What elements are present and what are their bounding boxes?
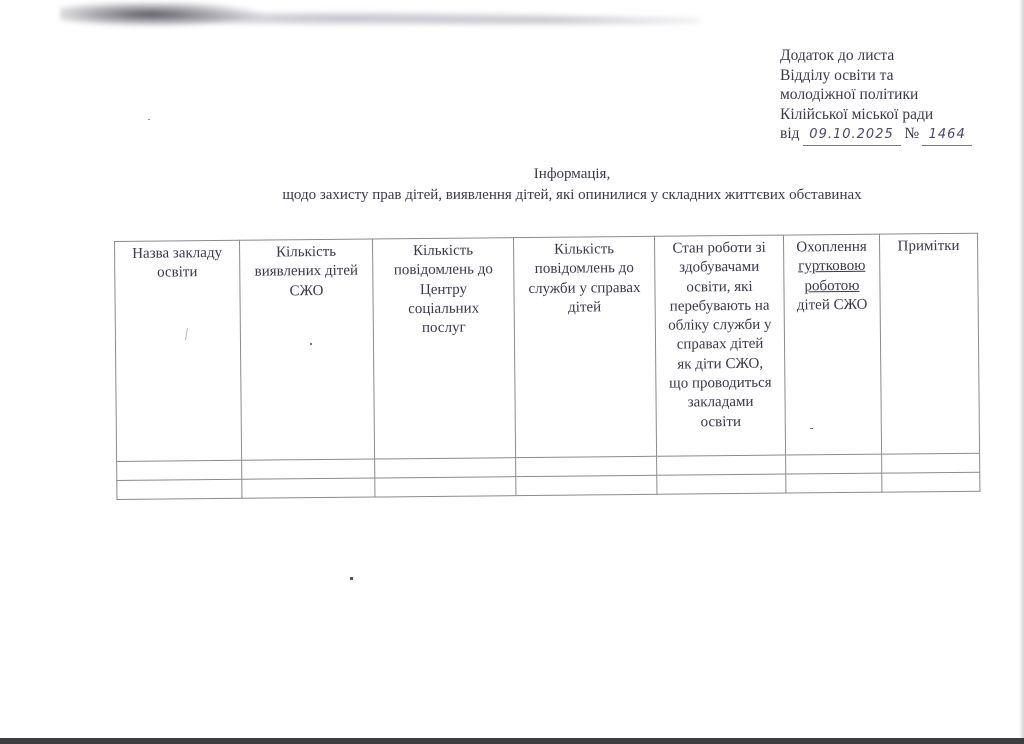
- page-edge-shadow: [1019, 0, 1024, 744]
- column-header-line: повідомлень до: [514, 259, 654, 280]
- table-cell[interactable]: [786, 454, 882, 474]
- column-header-line: Назва закладу: [115, 244, 239, 264]
- report-table-wrapper: Назва закладуосвітиКількістьвиявлених ді…: [114, 233, 980, 500]
- addendum-line: Відділу освіти та: [780, 66, 972, 86]
- table-cell[interactable]: [117, 479, 242, 499]
- title-heading: Інформація,: [0, 164, 1024, 184]
- column-header: Охопленнягуртковоюроботоюдітей СЖО: [783, 234, 881, 455]
- column-header-line: гуртковою: [784, 257, 879, 277]
- column-header: Кількістьповідомлень дослужби у справахд…: [513, 236, 656, 457]
- table-cell[interactable]: [786, 473, 882, 493]
- addendum-block: Додаток до листа Відділу освіти та молод…: [780, 46, 972, 146]
- table-header-row: Назва закладуосвітиКількістьвиявлених ді…: [115, 233, 980, 461]
- addendum-date-line: від09.10.2025 №1464: [780, 124, 972, 146]
- column-header-line: служби у справах: [514, 278, 654, 299]
- addendum-line: молодіжної політики: [780, 85, 972, 105]
- table-body: [117, 453, 980, 499]
- column-header-line: Кількість: [373, 241, 513, 262]
- column-header-line: СЖО: [240, 281, 372, 302]
- column-header-line: Кількість: [514, 240, 654, 261]
- table-cell[interactable]: [242, 459, 375, 479]
- column-header-line: роботою: [784, 276, 879, 296]
- table-cell[interactable]: [117, 460, 242, 480]
- table-cell[interactable]: [516, 475, 657, 495]
- column-header-line: Кількість: [240, 243, 372, 264]
- handwritten-number: 1464: [922, 125, 972, 146]
- column-header-line: дітей: [515, 298, 655, 319]
- report-table: Назва закладуосвітиКількістьвиявлених ді…: [114, 233, 980, 500]
- table-cell[interactable]: [882, 472, 980, 492]
- table-cell[interactable]: [242, 478, 375, 498]
- date-prefix: від: [780, 125, 800, 142]
- column-header-line: освіти, які: [655, 277, 783, 298]
- table-cell[interactable]: [516, 456, 657, 476]
- scan-smudge: [60, 2, 700, 32]
- column-header-line: виявлених дітей: [240, 262, 372, 283]
- handwritten-date: 09.10.2025: [803, 125, 901, 146]
- column-header-line: Охоплення: [784, 238, 879, 258]
- column-header-line: справах дітей: [656, 335, 784, 356]
- column-header-line: освіти: [115, 263, 239, 283]
- table-cell[interactable]: [657, 474, 786, 494]
- column-header: Стан роботи зіздобувачамиосвіти, якіпере…: [654, 235, 785, 456]
- column-header: Примітки: [879, 233, 979, 454]
- title-subheading: щодо захисту прав дітей, виявлення дітей…: [0, 185, 1024, 205]
- column-header: Кількістьвиявлених дітейСЖО: [239, 239, 374, 460]
- column-header-line: освіти: [657, 412, 785, 433]
- column-header-line: як діти СЖО,: [656, 354, 784, 375]
- addendum-line: Кілійської міської ради: [780, 105, 972, 125]
- column-header-line: здобувачами: [655, 258, 783, 279]
- column-header: Кількістьповідомлень доЦентрусоціальнихп…: [372, 238, 515, 459]
- table-cell[interactable]: [375, 458, 516, 478]
- column-header-line: дітей СЖО: [785, 296, 880, 316]
- column-header-line: Примітки: [880, 237, 977, 257]
- number-prefix: №: [904, 125, 919, 142]
- table-cell[interactable]: [375, 477, 516, 497]
- column-header-line: соціальних: [374, 299, 514, 320]
- column-header-line: повідомлень до: [373, 260, 513, 281]
- table-cell[interactable]: [882, 453, 980, 473]
- scan-bottom-edge: [0, 738, 1024, 744]
- addendum-line: Додаток до листа: [780, 46, 972, 66]
- column-header-line: що проводиться: [656, 374, 784, 395]
- table-cell[interactable]: [657, 455, 786, 475]
- column-header-line: Центру: [373, 280, 513, 301]
- document-title: Інформація, щодо захисту прав дітей, вия…: [0, 164, 1024, 205]
- column-header-line: Стан роботи зі: [655, 239, 783, 260]
- column-header-line: обліку служби у: [656, 316, 784, 337]
- column-header: Назва закладуосвіти: [115, 240, 242, 461]
- column-header-line: послуг: [374, 318, 514, 339]
- column-header-line: перебувають на: [656, 296, 784, 317]
- column-header-line: закладами: [656, 393, 784, 414]
